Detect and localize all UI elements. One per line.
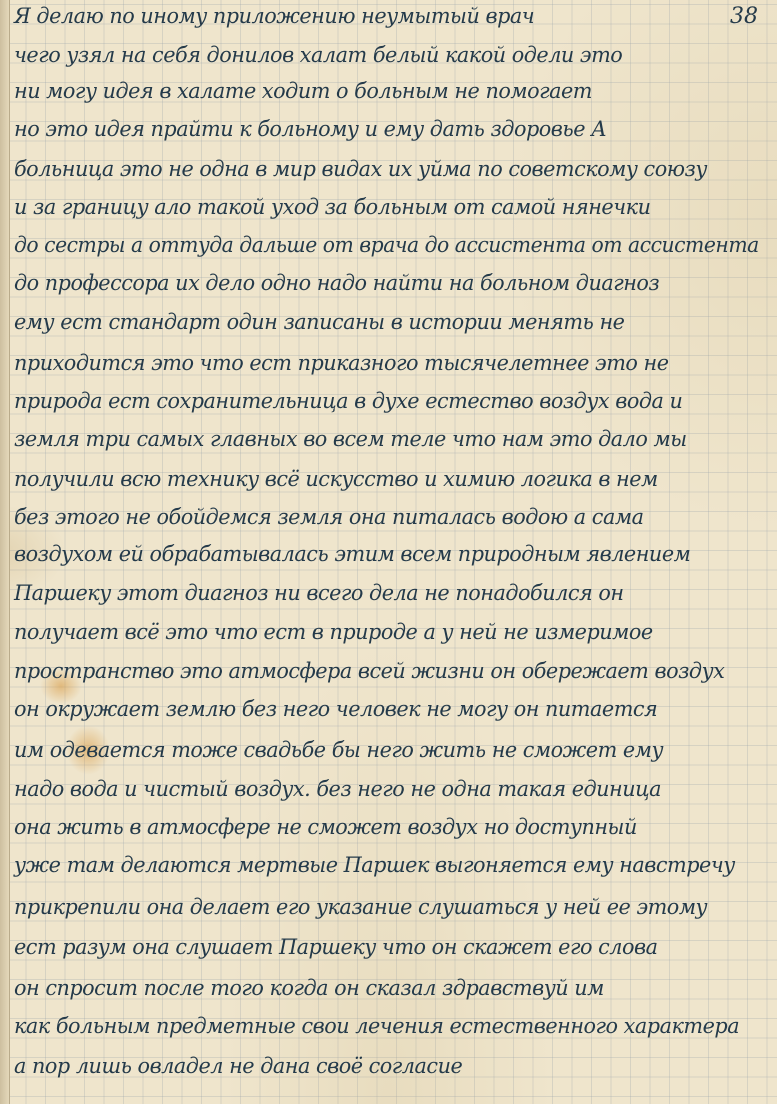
- text-line: чего узял на себя донилов халат белый ка…: [14, 45, 759, 66]
- text-line: прикрепили она делает его указание слуша…: [14, 897, 759, 918]
- text-line: без этого не обойдемся земля она питалас…: [14, 507, 759, 528]
- text-line: он спросит после того когда он сказал зд…: [14, 978, 759, 999]
- text-line: как больным предметные свои лечения есте…: [14, 1016, 759, 1037]
- text-line: воздухом ей обрабатывалась этим всем при…: [14, 544, 759, 565]
- text-line: ни могу идея в халате ходит о больным не…: [14, 81, 759, 102]
- text-line: приходится это что ест приказного тысяче…: [14, 353, 759, 374]
- notebook-page: 38 Я делаю по иному приложению неумытый …: [0, 0, 777, 1104]
- text-line: пространство это атмосфера всей жизни он…: [14, 661, 759, 682]
- text-line: до сестры а оттуда дальше от врача до ас…: [14, 235, 743, 256]
- text-line: ему ест стандарт один записаны в истории…: [14, 312, 759, 333]
- text-line: надо вода и чистый воздух. без него не о…: [14, 779, 759, 800]
- text-line: а пор лишь овладел не дана своё согласие: [14, 1056, 759, 1077]
- text-line: земля три самых главных во всем теле что…: [14, 429, 759, 450]
- text-line: он окружает землю без него человек не мо…: [14, 699, 759, 720]
- text-line: до профессора их дело одно надо найти на…: [14, 273, 759, 294]
- text-line: им одевается тоже свадьбе бы него жить н…: [14, 740, 759, 761]
- text-line: уже там делаются мертвые Паршек выгоняет…: [14, 855, 759, 876]
- text-line: Паршеку этот диагноз ни всего дела не по…: [14, 583, 759, 604]
- text-line: ест разум она слушает Паршеку что он ска…: [14, 937, 759, 958]
- text-line: природа ест сохранительница в духе естес…: [14, 391, 759, 412]
- text-line: получает всё это что ест в природе а у н…: [14, 622, 759, 643]
- text-line: получили всю технику всё искусство и хим…: [14, 469, 759, 490]
- text-line: она жить в атмосфере не сможет воздух но…: [14, 817, 759, 838]
- notebook-binding-edge: [0, 0, 10, 1104]
- text-line: но это идея прайти к больному и ему дать…: [14, 119, 759, 140]
- text-line: Я делаю по иному приложению неумытый вра…: [14, 6, 759, 27]
- text-line: и за границу ало такой уход за больным о…: [14, 197, 759, 218]
- text-line: больница это не одна в мир видах их уйма…: [14, 159, 759, 180]
